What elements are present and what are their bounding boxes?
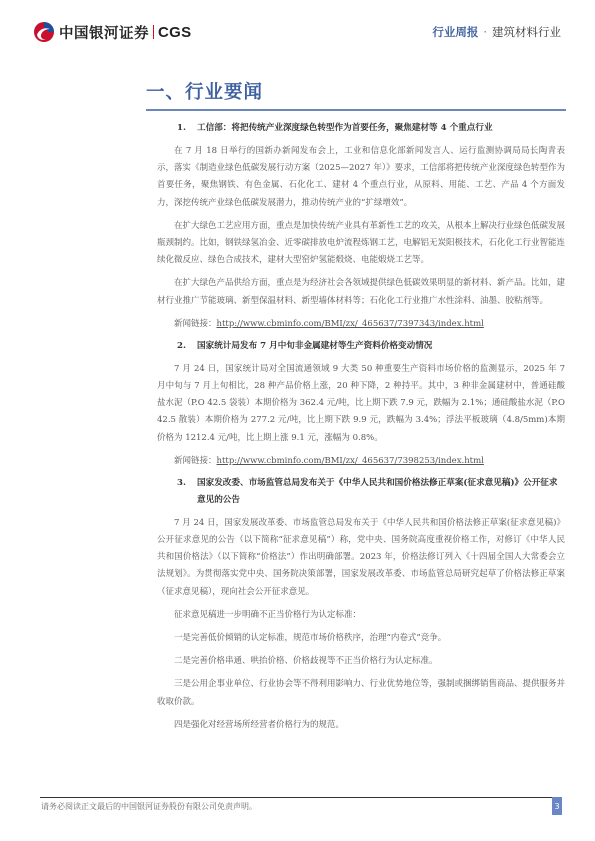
- item-number: 1.: [177, 120, 197, 137]
- paragraph: 7 月 24 日，国家统计局对全国流通领域 9 大类 50 种重要生产资料市场价…: [157, 361, 565, 447]
- paragraph: 在扩大绿色产品供给方面，重点是为经济社会各领域提供绿色低碳效果明显的新材料、新产…: [157, 275, 565, 309]
- page-header: 中国银河证券 CGS 行业周报 · 建筑材料行业: [0, 0, 595, 60]
- page-number: 3: [552, 797, 562, 815]
- news-content: 1. 工信部：将把传统产业深度绿色转型作为首要任务，聚焦建材等 4 个重点行业 …: [157, 120, 565, 740]
- item-title: 国家统计局发布 7 月中旬非金属建材等生产资料价格变动情况: [197, 338, 565, 355]
- link-label: 新闻链接：: [174, 456, 217, 466]
- paragraph: 在扩大绿色工艺应用方面，重点是加快传统产业具有革新性工艺的攻关，从根本上解决行业…: [157, 218, 565, 270]
- paragraph: 二是完善价格串通、哄抬价格、价格歧视等不正当价格行为认定标准。: [157, 653, 565, 670]
- separator-dot: ·: [483, 25, 487, 39]
- item-number: 3.: [177, 475, 197, 509]
- paragraph: 在 7 月 18 日举行的国新办新闻发布会上，工业和信息化部新闻发言人、运行监测…: [157, 143, 565, 212]
- company-logo: 中国银河证券 CGS: [33, 20, 191, 44]
- report-type: 行业周报: [432, 24, 478, 40]
- footer-disclaimer: 请务必阅读正文最后的中国银河证券股份有限公司免责声明。: [41, 801, 257, 812]
- paragraph: 7 月 24 日，国家发展改革委、市场监管总局发布关于《中华人民共和国价格法修正…: [157, 515, 565, 601]
- company-abbr: CGS: [158, 24, 191, 41]
- paragraph: 三是公用企事业单位、行业协会等不得利用影响力、行业优势地位等，强制或捆绑销售商品…: [157, 676, 565, 710]
- link-label: 新闻链接：: [174, 319, 217, 329]
- news-item-heading: 3. 国家发改委、市场监管总局发布关于《中华人民共和国价格法修正草案(征求意见稿…: [177, 475, 565, 509]
- item-title: 国家发改委、市场监管总局发布关于《中华人民共和国价格法修正草案(征求意见稿)》公…: [197, 475, 565, 509]
- paragraph: 征求意见稿进一步明确不正当价格行为认定标准：: [157, 607, 565, 624]
- report-category: 行业周报 · 建筑材料行业: [432, 24, 561, 40]
- news-link-line: 新闻链接：http://www.cbminfo.com/BMI/zx/_4656…: [157, 453, 565, 470]
- item-title: 工信部：将把传统产业深度绿色转型作为首要任务，聚焦建材等 4 个重点行业: [197, 120, 565, 137]
- news-item-heading: 1. 工信部：将把传统产业深度绿色转型作为首要任务，聚焦建材等 4 个重点行业: [177, 120, 565, 137]
- paragraph: 四是强化对经营场所经营者价格行为的规范。: [157, 717, 565, 734]
- item-number: 2.: [177, 338, 197, 355]
- news-link[interactable]: http://www.cbminfo.com/BMI/zx/_465637/73…: [217, 456, 484, 466]
- logo-divider: [153, 25, 154, 39]
- galaxy-logo-icon: [33, 21, 55, 43]
- news-item-heading: 2. 国家统计局发布 7 月中旬非金属建材等生产资料价格变动情况: [177, 338, 565, 355]
- section-divider: [146, 109, 566, 111]
- news-link-line: 新闻链接：http://www.cbminfo.com/BMI/zx/_4656…: [157, 316, 565, 333]
- industry-name: 建筑材料行业: [492, 24, 561, 40]
- section-title: 一、行业要闻: [146, 78, 263, 104]
- paragraph: 一是完善低价倾销的认定标准，规范市场价格秩序，治理“内卷式”竞争。: [157, 630, 565, 647]
- company-name: 中国银河证券: [59, 22, 149, 43]
- footer-divider: [40, 797, 562, 798]
- news-link[interactable]: http://www.cbminfo.com/BMI/zx/_465637/73…: [217, 319, 484, 329]
